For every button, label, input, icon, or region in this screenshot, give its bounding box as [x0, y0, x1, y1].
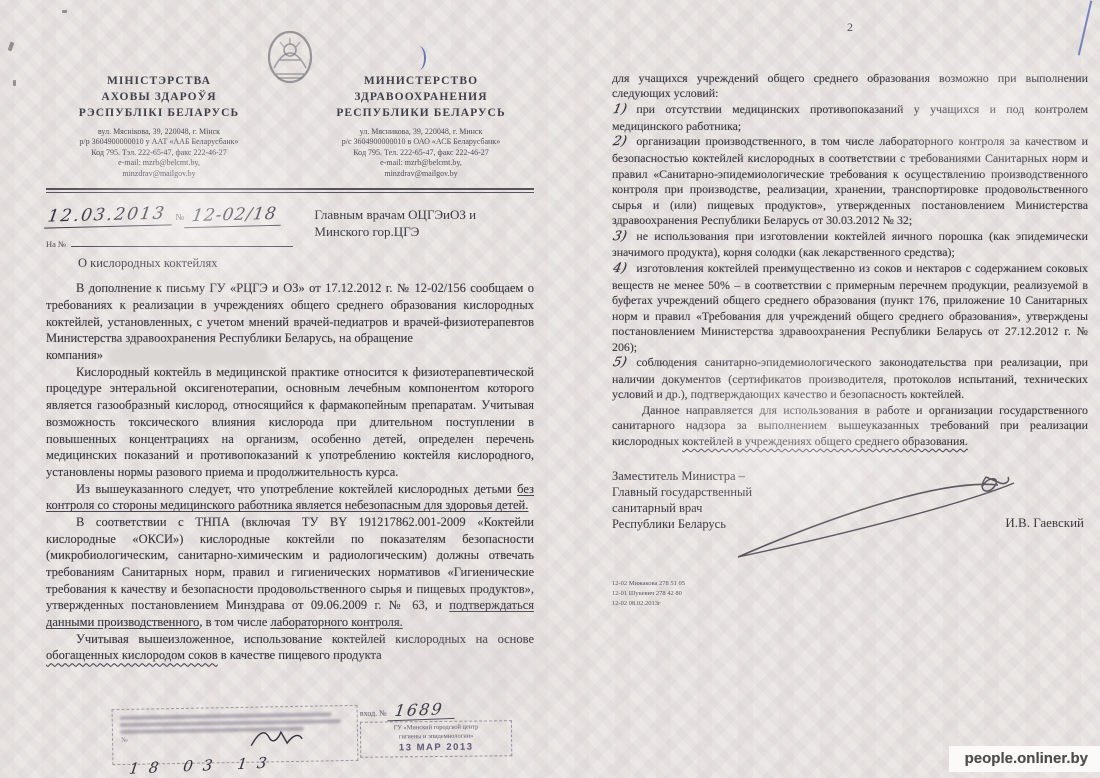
body-paragraph: В соответствии с ТНПА (включая ТУ BY 191…	[46, 514, 534, 631]
ministry-block-belarusian: МІНІСТЭРСТВА АХОВЫ ЗДАРОЎЯ РЭСПУБЛІКІ БЕ…	[46, 74, 272, 179]
addressee-block: Главным врачам ОЦГЭиОЗ и Минского гор.ЦГ…	[314, 205, 476, 271]
body-paragraph: Учитывая вышеизложенное, использование к…	[46, 631, 534, 664]
scan-speck	[13, 80, 16, 86]
page-number: 2	[612, 20, 1088, 35]
handwritten-item-number: 3)	[611, 228, 628, 245]
body-paragraph: компания»	[46, 347, 534, 364]
handwritten-date: 12.03.2013	[44, 204, 175, 229]
ministry-address-line: e-mail: mzrb@belcmt.by,	[308, 158, 534, 169]
body-paragraph: Кислородный коктейль в медицинской практ…	[46, 364, 534, 481]
handwritten-item-number: 2)	[611, 134, 628, 151]
item-text: при отсутствии медицинских противопоказа…	[612, 102, 1088, 133]
stamp-incoming-label: вход. №	[360, 709, 387, 718]
addressee-line: Минского гор.ЦГЭ	[314, 223, 476, 240]
ministry-block-russian: МИНИСТЕРСТВО ЗДРАВООХРАНЕНИЯ РЕСПУБЛИКИ …	[308, 74, 534, 179]
coat-of-arms-icon	[266, 30, 314, 91]
letterhead: МІНІСТЭРСТВА АХОВЫ ЗДАРОЎЯ РЭСПУБЛІКІ БЕ…	[46, 28, 534, 179]
handwritten-incoming-number: 1689	[387, 699, 457, 721]
paragraph-text: Кислородный коктейль в медицинской практ…	[46, 365, 534, 479]
footer-line: 12-02 Мижакова 278 51 05	[612, 579, 1088, 589]
signature-block: Заместитель Министра – Главный государст…	[612, 463, 1088, 565]
site-watermark: people.onliner.by	[949, 746, 1100, 772]
scan-speck	[8, 42, 15, 52]
stamp-illegible-line	[120, 719, 341, 727]
redacted-company-name	[113, 350, 265, 362]
paragraph-text: для учащихся учреждений общего среднего …	[612, 71, 1088, 100]
footer-line: 12-01 Шукевич 278 42 80	[612, 589, 1088, 599]
letterhead-divider	[46, 188, 534, 193]
reference-block: 12.03.2013№12-02/18 На № О кислородных к…	[46, 205, 314, 271]
letter-subject: О кислородных коктейлях	[46, 256, 314, 271]
paragraph-text: , в том числе	[199, 615, 270, 629]
ministry-title-line: МИНИСТЕРСТВО	[308, 74, 534, 90]
body-paragraph: В дополнение к письму ГУ «РЦГЭ и ОЗ» от …	[46, 280, 534, 347]
stamp-organization-line: гигиены и эпидемиологии»	[364, 732, 508, 742]
handwritten-item-number: 4)	[611, 261, 628, 278]
ministry-address-line: вул. Мяснікова, 39, 220048, г. Мінск	[46, 127, 272, 138]
ministry-title-line: РЭСПУБЛІКІ БЕЛАРУСЬ	[46, 106, 272, 122]
list-item: 3)не использования при изготовлении кокт…	[612, 229, 1088, 261]
incoming-stamp-faded: № 18 03 13	[112, 705, 359, 765]
ministry-address-line: minzdrav@mailgov.by	[46, 169, 272, 180]
item-text: организации производственного, в том чис…	[612, 134, 1088, 227]
paragraph-text: компания»	[46, 348, 103, 362]
reply-to-label: На №	[46, 239, 66, 249]
paragraph-text: В дополнение к письму ГУ «РЦГЭ и ОЗ» от …	[46, 281, 534, 345]
item-text: изготовления коктейлей преимущественно и…	[612, 261, 1088, 354]
letter-page-1: МІНІСТЭРСТВА АХОВЫ ЗДАРОЎЯ РЭСПУБЛІКІ БЕ…	[46, 28, 534, 664]
paragraph-text: Из вышеуказанного следует, что употребле…	[76, 482, 517, 496]
executor-footer: 12-02 Мижакова 278 51 05 12-01 Шукевич 2…	[612, 579, 1088, 609]
stamp-date: 13 МАР 2013	[364, 742, 508, 755]
ministry-title-line: РЕСПУБЛИКИ БЕЛАРУСЬ	[308, 106, 534, 122]
list-item: 1)при отсутствии медицинских противопока…	[612, 102, 1088, 134]
ministry-title-line: ЗДРАВООХРАНЕНИЯ	[308, 90, 534, 106]
letter-body-page-2: для учащихся учреждений общего среднего …	[612, 71, 1088, 449]
body-paragraph: Данное направляется для использования в …	[612, 403, 1088, 449]
letter-body-page-1: В дополнение к письму ГУ «РЦГЭ и ОЗ» от …	[46, 280, 534, 664]
handwritten-outgoing-number: 12-02/18	[184, 204, 284, 229]
paragraph-text: Учитывая вышеизложенное, использование к…	[76, 632, 534, 646]
hand-underlined-text: обогащенных кислородом соков	[46, 648, 218, 662]
signature-flourish	[730, 459, 1030, 568]
hand-underlined-text: коктейлей в учреждениях общего среднего …	[682, 434, 968, 448]
ministry-title-line: АХОВЫ ЗДАРОЎЯ	[46, 90, 272, 106]
footer-line: 12-02 08.02.2013г	[612, 599, 1088, 609]
body-paragraph: для учащихся учреждений общего среднего …	[612, 71, 1088, 102]
addressee-line: Главным врачам ОЦГЭиОЗ и	[314, 206, 476, 223]
ministry-title-line: МІНІСТЭРСТВА	[46, 74, 272, 90]
list-item: 5)соблюдения санитарно-эпидемиологическо…	[612, 355, 1088, 403]
scanned-letter: МІНІСТЭРСТВА АХОВЫ ЗДАРОЎЯ РЭСПУБЛІКІ БЕ…	[0, 0, 1100, 778]
ministry-address-line: Код 795. Тэл. 222-65-47, факс 222-46-27	[46, 148, 272, 159]
item-text: не использования при изготовлении коктей…	[612, 229, 1088, 260]
handwritten-item-number: 5)	[611, 355, 628, 372]
stamp-number-label: №	[121, 736, 130, 744]
ministry-address-line: e-mail: mzrb@belcmt.by,	[46, 158, 272, 169]
reply-to-blank-line	[71, 237, 293, 247]
ministry-address-line: minzdrav@mailgov.by	[308, 169, 534, 180]
letter-page-2: 2 для учащихся учреждений общего среднег…	[612, 20, 1088, 610]
underlined-text: лабораторного контроля.	[270, 615, 402, 629]
item-text: соблюдения санитарно-эпидемиологического…	[612, 355, 1088, 401]
list-item: 2)организации производственного, в том ч…	[612, 134, 1088, 228]
ministry-address-line: ул. Мясникова, 39, 220048, г. Минск	[308, 127, 534, 138]
ministry-address-line: Код 795. Тел. 222-65-47, факс 222-46-27	[308, 148, 534, 159]
ministry-address-line: р/с 3604900000010 в ОАО «АСБ Беларусбанк…	[308, 137, 534, 148]
handwritten-stamp-date: 18 03 13	[128, 753, 278, 777]
scan-speck	[62, 10, 67, 13]
signer-name: И.В. Гаевский	[1005, 515, 1084, 531]
incoming-stamp-minsk: вход. № 1689 ГУ «Минский городской центр…	[360, 699, 513, 758]
handwritten-number-scrawl	[247, 727, 305, 755]
body-paragraph: Из вышеуказанного следует, что употребле…	[46, 481, 534, 514]
number-sign: №	[175, 212, 184, 222]
ministry-address-line: р/р 3604900000010 у ААТ «ААБ Беларусбанк…	[46, 137, 272, 148]
list-item: 4)изготовления коктейлей преимущественно…	[612, 261, 1088, 355]
paragraph-text: в качестве пищевого продукта	[218, 648, 382, 662]
stamp-illegible-line	[120, 712, 332, 720]
handwritten-item-number: 1)	[611, 102, 628, 119]
